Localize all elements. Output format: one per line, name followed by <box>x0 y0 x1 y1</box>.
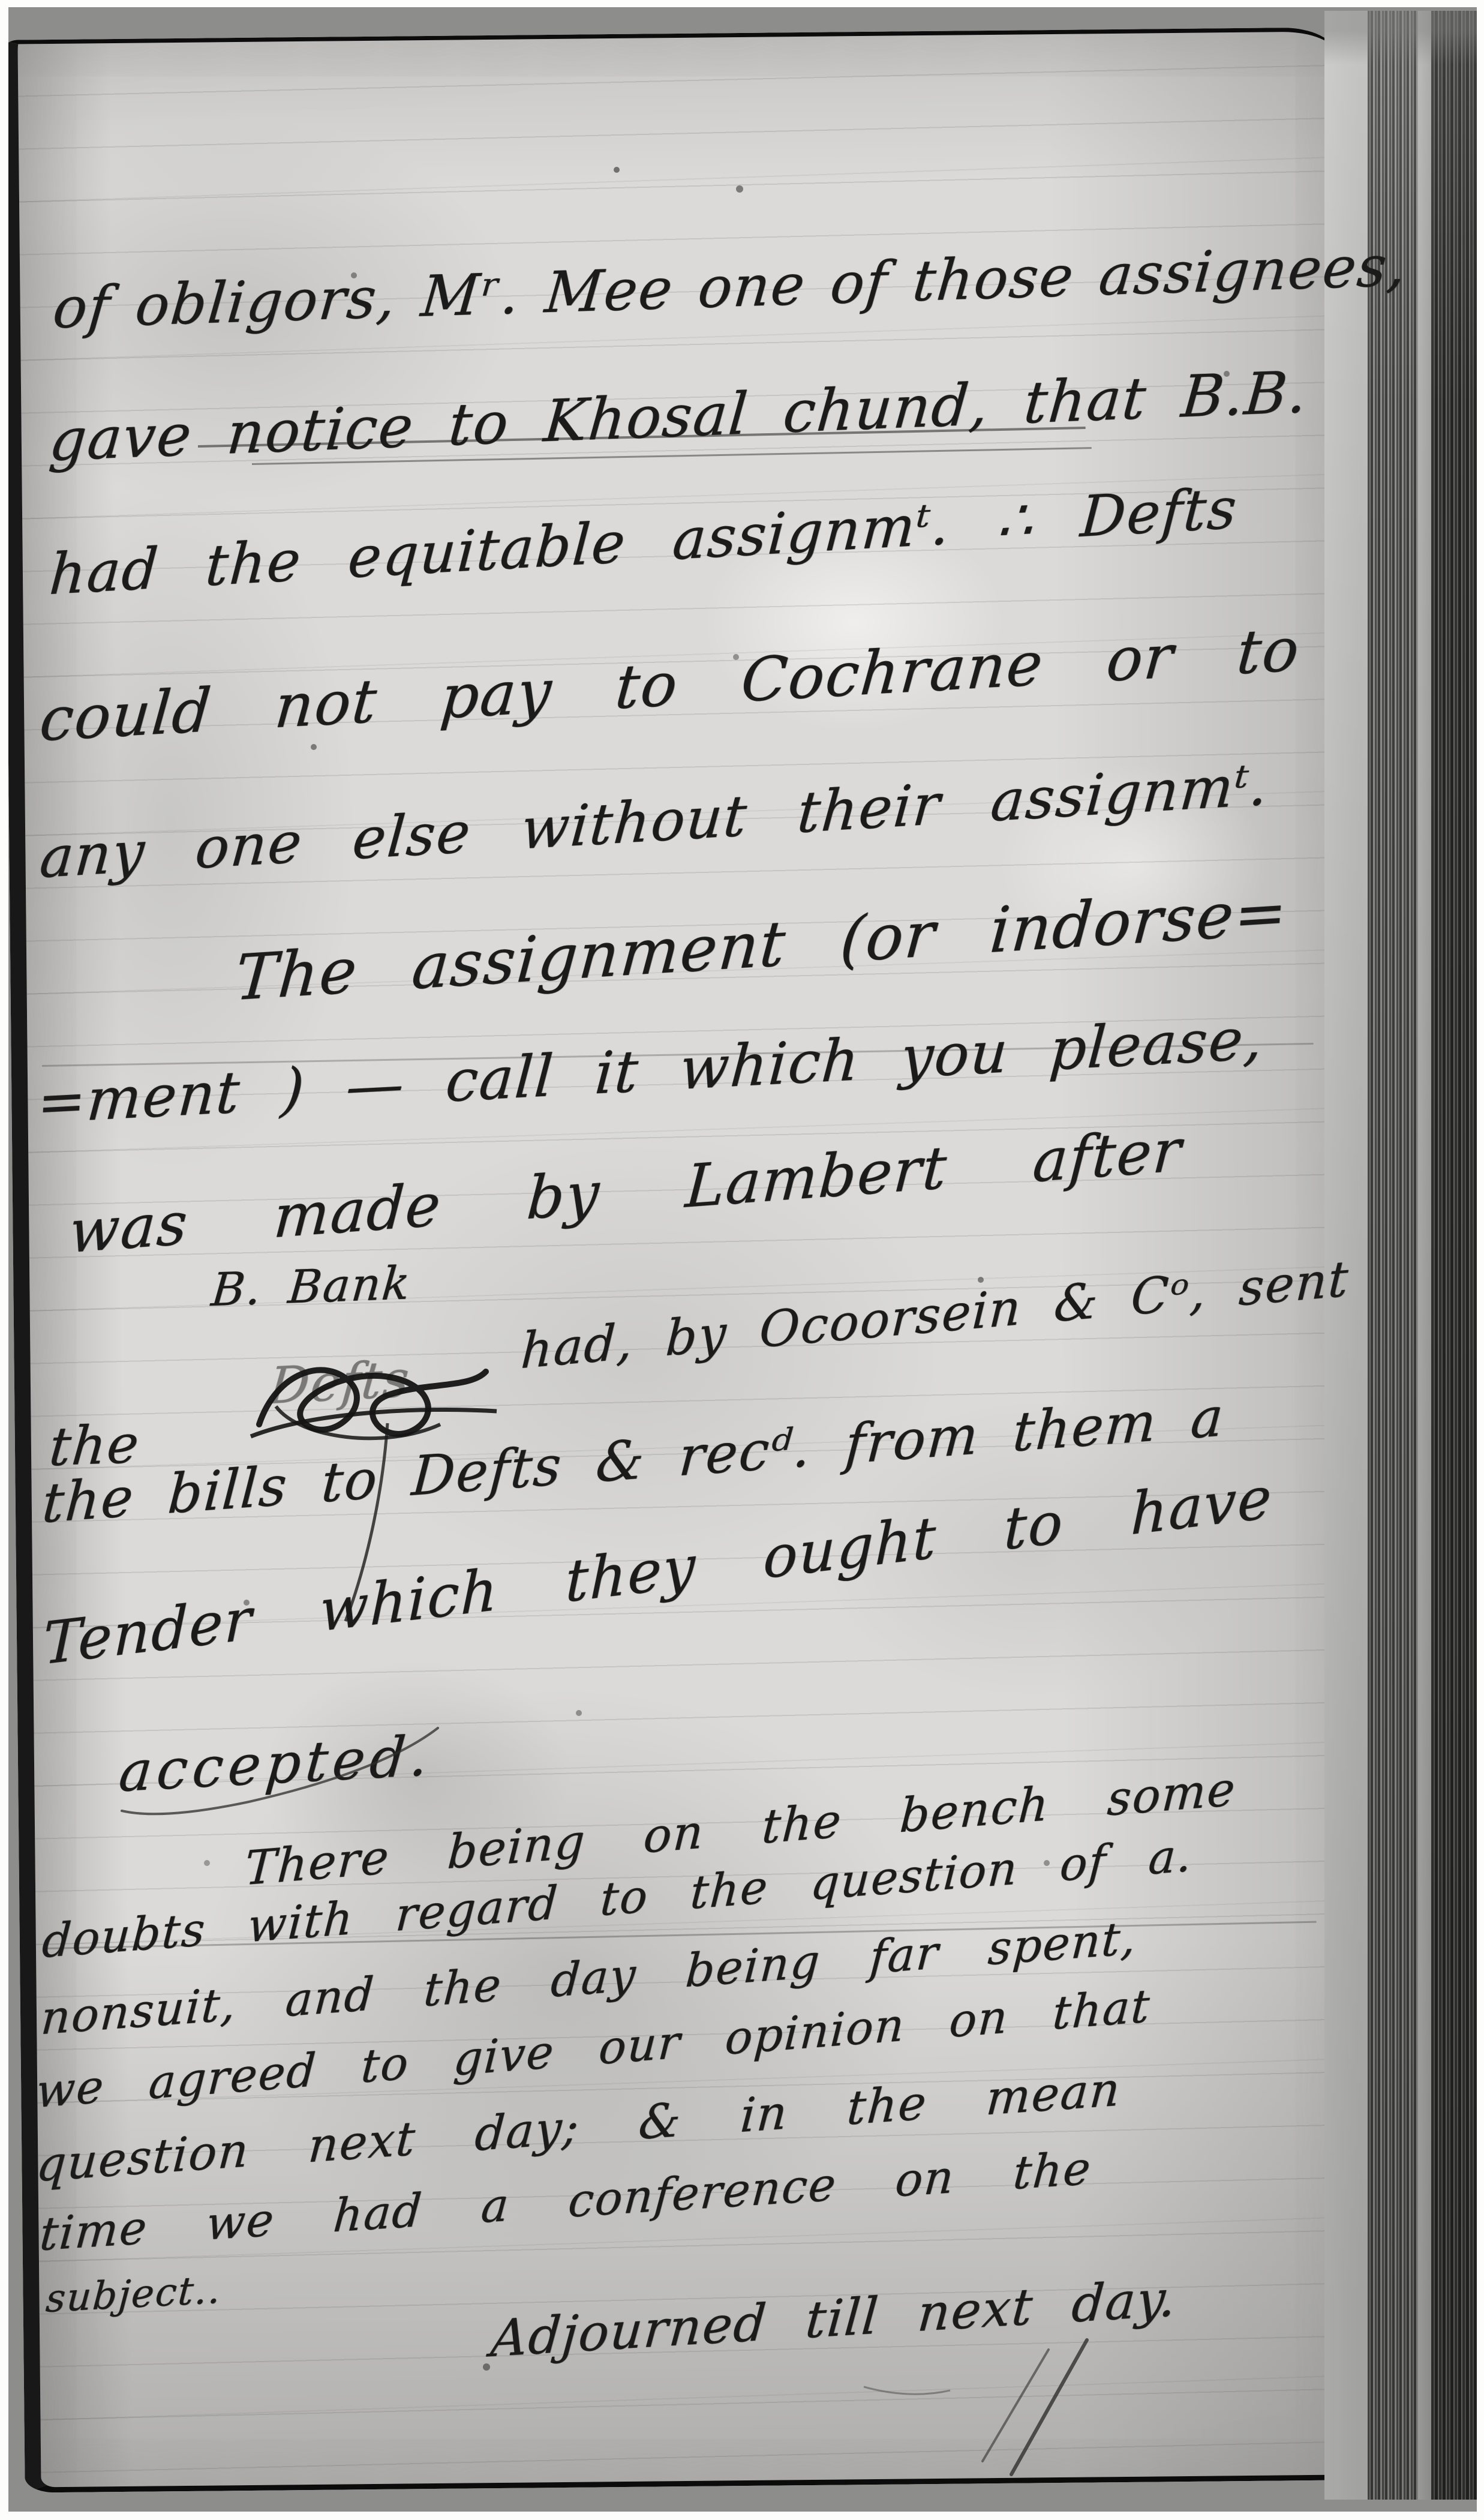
manuscript-line-09-rest: had, by Ocoorsein & Cᵒ, sent <box>519 1255 1350 1376</box>
manuscript-line-01: of obligors, Mʳ. Mee one of those assign… <box>51 238 1410 337</box>
manuscript-line-08: was made by Lambert after <box>67 1121 1183 1262</box>
manuscript-line-06: The assignment (or indorse= <box>233 880 1290 1009</box>
scanned-manuscript-page: of obligors, Mʳ. Mee one of those assign… <box>0 0 1484 2520</box>
manuscript-line-05: any one else without their assignmᵗ. <box>38 757 1271 887</box>
accepted-flourish-stroke <box>111 1721 447 1823</box>
manuscript-line-03: had the equitable assignmᵗ. ∴ Defts <box>47 481 1239 604</box>
manuscript-line-19: subject.. <box>44 2270 223 2318</box>
interlinear-insertion-b-bank: B. Bank <box>209 1260 413 1313</box>
pen-check-marks <box>948 2335 1146 2485</box>
handwriting-layer: of obligors, Mʳ. Mee one of those assign… <box>0 0 1484 2520</box>
manuscript-line-04: could not pay to Cochrane or to <box>38 619 1302 750</box>
manuscript-line-09-the: the <box>47 1418 142 1474</box>
manuscript-line-02: gave notice to Khosal chund, that B.B. <box>47 363 1310 469</box>
manuscript-line-07: =ment ) — call it which you please, <box>35 1010 1265 1132</box>
